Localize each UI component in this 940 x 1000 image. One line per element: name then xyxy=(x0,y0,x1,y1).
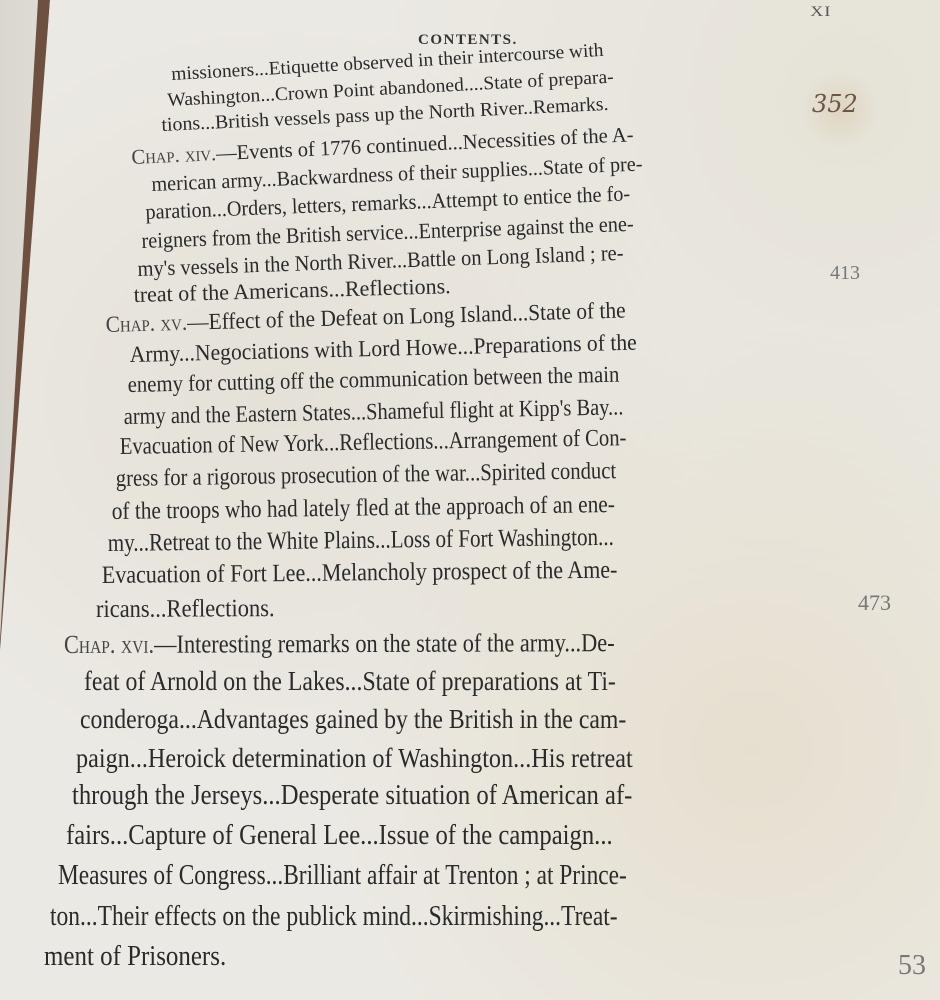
chapter-label: Chap. xiv. xyxy=(131,141,217,169)
contents-line: Measures of Congress...Brilliant affair … xyxy=(58,860,627,892)
contents-line: my...Retreat to the White Plains...Loss … xyxy=(108,524,614,558)
contents-line: Evacuation of New York...Reflections...A… xyxy=(120,425,627,461)
contents-line: fairs...Capture of General Lee...Issue o… xyxy=(66,820,613,852)
handwritten-page-number: 352 xyxy=(812,90,858,118)
contents-line: ment of Prisoners. xyxy=(44,940,226,973)
page-number: 473 xyxy=(858,590,891,616)
contents-line: conderoga...Advantages gained by the Bri… xyxy=(80,704,626,735)
contents-line: enemy for cutting off the communication … xyxy=(127,362,619,398)
contents-line: ton...Their effects on the publick mind.… xyxy=(50,900,618,933)
folio-number: XI xyxy=(810,4,831,21)
contents-line: Evacuation of Fort Lee...Melancholy pros… xyxy=(102,557,618,590)
book-page: XI CONTENTS. 352 missioners...Etiquette … xyxy=(0,0,940,1000)
page-number: 53 xyxy=(898,950,926,982)
chapter-label: Chap. xv. xyxy=(105,310,187,337)
chapter-label: Chap. xvi. xyxy=(64,630,154,659)
page-number: 413 xyxy=(830,262,860,285)
contents-line: ricans...Reflections. xyxy=(96,595,275,624)
contents-line: feat of Arnold on the Lakes...State of p… xyxy=(84,666,616,697)
contents-line: paign...Heroick determination of Washing… xyxy=(76,742,633,774)
contents-line: of the troops who had lately fled at the… xyxy=(112,491,615,526)
chapter-entry-xvi: Chap. xvi.—Interesting remarks on the st… xyxy=(64,628,615,660)
contents-line: gress for a rigorous prosecution of the … xyxy=(116,458,617,493)
contents-line: through the Jerseys...Desperate situatio… xyxy=(72,780,632,812)
